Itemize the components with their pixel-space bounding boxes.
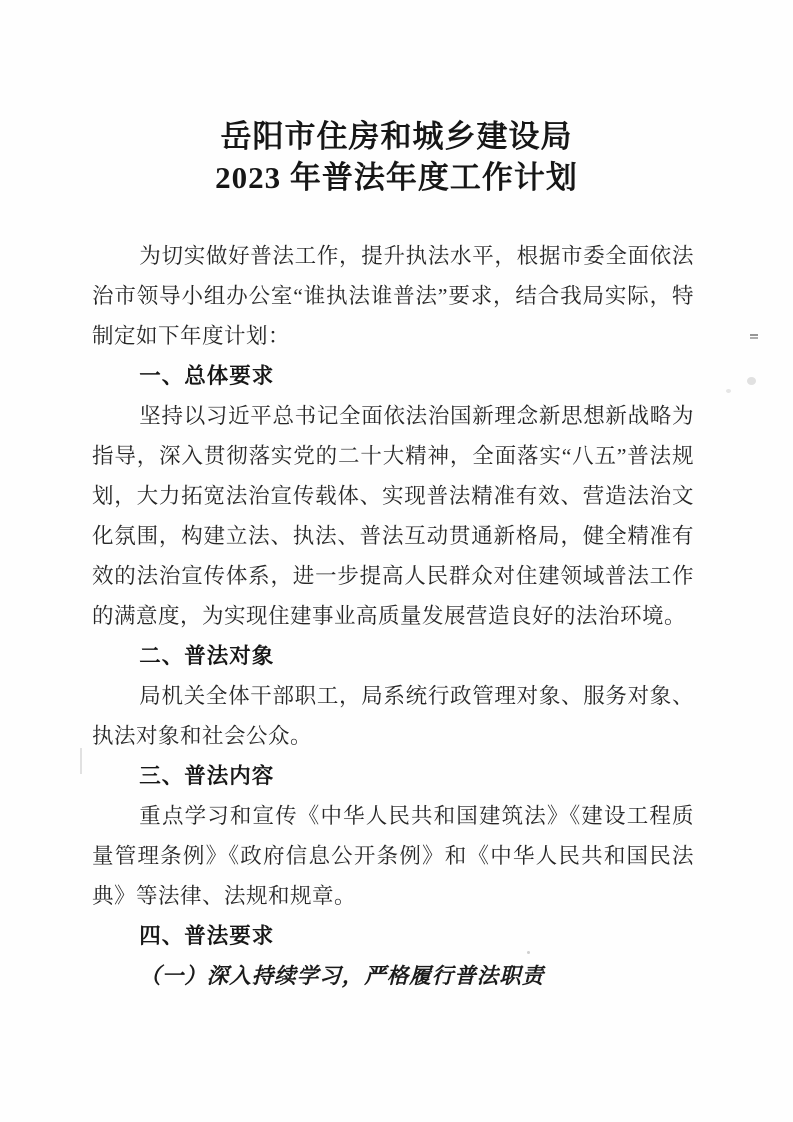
document-title-line-1: 岳阳市住房和城乡建设局 bbox=[0, 116, 793, 157]
document-title-line-2: 2023 年普法年度工作计划 bbox=[0, 157, 793, 198]
document-body: 为切实做好普法工作，提升执法水平，根据市委全面依法治市领导小组办公室“谁执法谁普… bbox=[92, 236, 694, 996]
document-title: 岳阳市住房和城乡建设局 2023 年普法年度工作计划 bbox=[0, 116, 793, 198]
section-3-paragraph: 重点学习和宣传《中华人民共和国建筑法》《建设工程质量管理条例》《政府信息公开条例… bbox=[92, 796, 694, 916]
scan-artifact bbox=[527, 951, 530, 954]
scan-artifact bbox=[747, 377, 756, 385]
section-2-heading: 二、普法对象 bbox=[92, 636, 694, 676]
scan-artifact bbox=[726, 389, 731, 393]
scan-artifact bbox=[80, 748, 82, 774]
scan-artifact bbox=[750, 334, 758, 336]
section-3-heading: 三、普法内容 bbox=[92, 756, 694, 796]
intro-paragraph: 为切实做好普法工作，提升执法水平，根据市委全面依法治市领导小组办公室“谁执法谁普… bbox=[92, 236, 694, 356]
section-1-paragraph: 坚持以习近平总书记全面依法治国新理念新思想新战略为指导，深入贯彻落实党的二十大精… bbox=[92, 396, 694, 636]
section-1-heading: 一、总体要求 bbox=[92, 356, 694, 396]
scanned-document-page: 岳阳市住房和城乡建设局 2023 年普法年度工作计划 为切实做好普法工作，提升执… bbox=[0, 0, 793, 1122]
section-2-paragraph: 局机关全体干部职工，局系统行政管理对象、服务对象、执法对象和社会公众。 bbox=[92, 676, 694, 756]
section-4-subheading-1: （一）深入持续学习，严格履行普法职责 bbox=[92, 956, 694, 996]
section-4-heading: 四、普法要求 bbox=[92, 916, 694, 956]
